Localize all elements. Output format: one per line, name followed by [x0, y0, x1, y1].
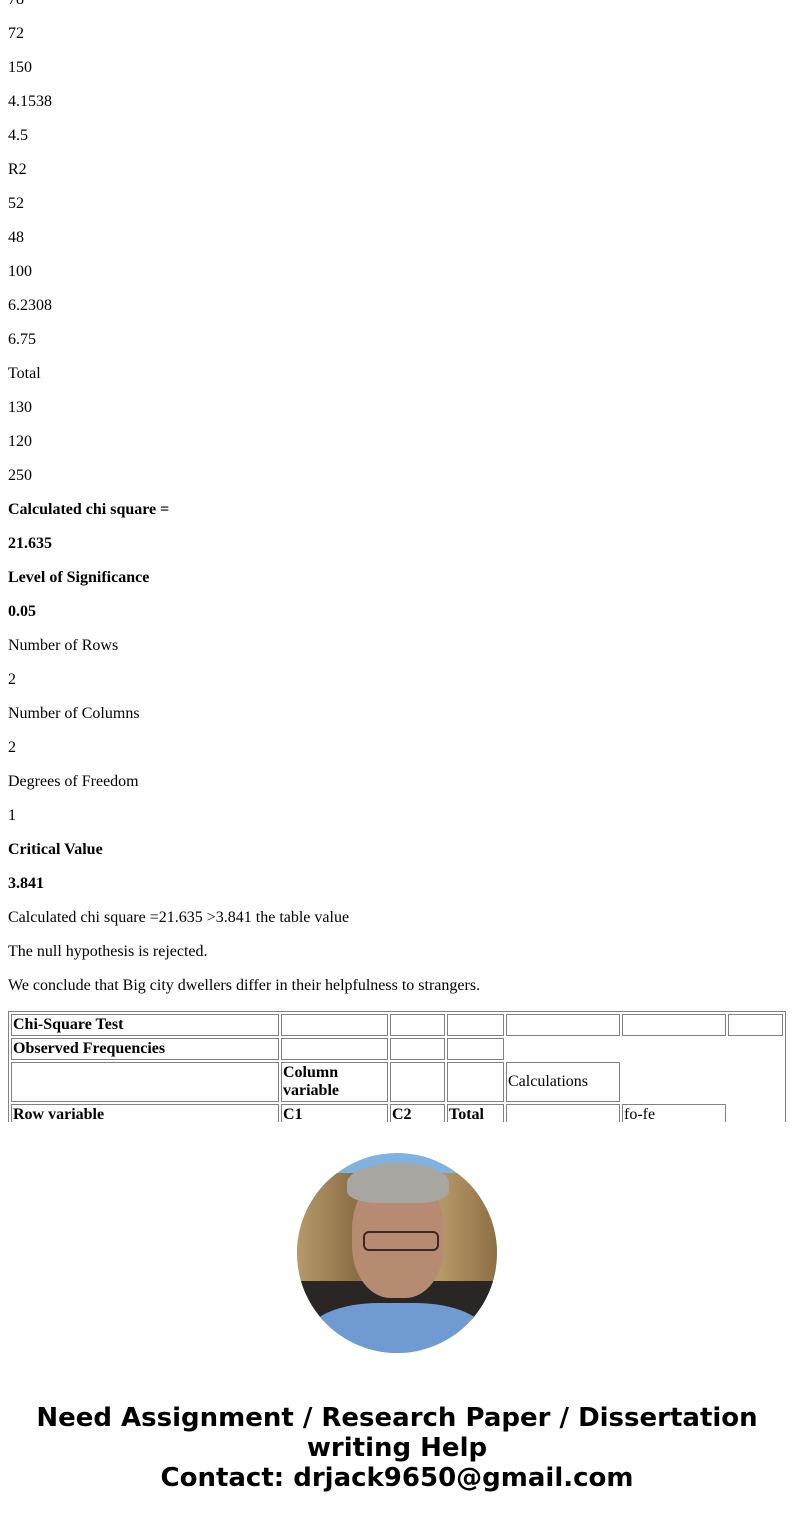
col-header-c2: C2: [390, 1104, 445, 1122]
col-header-c1: C1: [281, 1104, 388, 1122]
table-cell: [728, 1014, 783, 1036]
table-cell: [728, 1104, 783, 1122]
document-line: 4.5: [8, 127, 786, 161]
table-cell: [506, 1038, 620, 1060]
chi-square-table: Chi-Square Test Observed Frequencies Co: [8, 1011, 786, 1122]
document-line: 78: [8, 0, 786, 25]
document-line: Degrees of Freedom: [8, 773, 786, 807]
document-line: 120: [8, 433, 786, 467]
table-cell: [447, 1038, 504, 1060]
document-line: 6.75: [8, 331, 786, 365]
table-cell: [622, 1062, 726, 1102]
author-avatar: [297, 1153, 497, 1353]
promo-line-2: writing Help: [0, 1433, 794, 1463]
avatar-hair: [347, 1163, 449, 1203]
avatar-shirt: [307, 1303, 487, 1353]
table-row: Chi-Square Test: [11, 1014, 783, 1036]
document-line: 52: [8, 195, 786, 229]
promo-text: Need Assignment / Research Paper / Disse…: [0, 1403, 794, 1493]
document-line: 100: [8, 263, 786, 297]
document-line: 1: [8, 807, 786, 841]
document-line: 130: [8, 399, 786, 433]
document-line: 48: [8, 229, 786, 263]
table-cell: [281, 1038, 388, 1060]
table-cell: [281, 1014, 388, 1036]
table-title: Chi-Square Test: [11, 1014, 279, 1036]
table-cell: [11, 1062, 279, 1102]
promo-contact: Contact: drjack9650@gmail.com: [0, 1463, 794, 1493]
document-line: R2: [8, 161, 786, 195]
document-line: 6.2308: [8, 297, 786, 331]
table-row: Row variable C1 C2 Total fo-fe: [11, 1104, 783, 1122]
promo-line-1: Need Assignment / Research Paper / Disse…: [0, 1403, 794, 1433]
row-variable-label: Row variable: [11, 1104, 279, 1122]
calculations-label: Calculations: [506, 1062, 620, 1102]
result-lines: 78721504.15384.5R252481006.23086.75Total…: [8, 0, 786, 1011]
table-cell: [506, 1104, 620, 1122]
table-cell: [622, 1038, 726, 1060]
document-line: Critical Value: [8, 841, 786, 875]
table-cell: [622, 1014, 726, 1036]
document-line: We conclude that Big city dwellers diffe…: [8, 977, 786, 1011]
document-line: Number of Rows: [8, 637, 786, 671]
table-cell: [728, 1062, 783, 1102]
document-line: 21.635: [8, 535, 786, 569]
document-line: Total: [8, 365, 786, 399]
table-row: Observed Frequencies: [11, 1038, 783, 1060]
table-cell: [447, 1014, 504, 1036]
document-line: 3.841: [8, 875, 786, 909]
document-line: 0.05: [8, 603, 786, 637]
document-line: Number of Columns: [8, 705, 786, 739]
document-line: The null hypothesis is rejected.: [8, 943, 786, 977]
observed-frequencies-label: Observed Frequencies: [11, 1038, 279, 1060]
table-cell: [506, 1014, 620, 1036]
document-body: 78721504.15384.5R252481006.23086.75Total…: [8, 0, 786, 1122]
table-cell: [447, 1062, 504, 1102]
column-variable-label: Column variable: [281, 1062, 388, 1102]
promo-banner: Need Assignment / Research Paper / Disse…: [0, 1122, 794, 1523]
document-line: 250: [8, 467, 786, 501]
document-line: Calculated chi square =: [8, 501, 786, 535]
table-cell: [390, 1014, 445, 1036]
document-line: 150: [8, 59, 786, 93]
table-cell: [390, 1062, 445, 1102]
document-line: Level of Significance: [8, 569, 786, 603]
document-line: 2: [8, 739, 786, 773]
document-line: Calculated chi square =21.635 >3.841 the…: [8, 909, 786, 943]
document-line: 72: [8, 25, 786, 59]
table-row: Column variable Calculations: [11, 1062, 783, 1102]
table-cell: [390, 1038, 445, 1060]
table-cell: [728, 1038, 783, 1060]
document-line: 4.1538: [8, 93, 786, 127]
col-header-total: Total: [447, 1104, 504, 1122]
document-line: 2: [8, 671, 786, 705]
avatar-glasses-icon: [363, 1231, 439, 1251]
chi-square-table-wrapper: Chi-Square Test Observed Frequencies Co: [8, 1011, 786, 1122]
calc-header-fo-fe: fo-fe: [622, 1104, 726, 1122]
